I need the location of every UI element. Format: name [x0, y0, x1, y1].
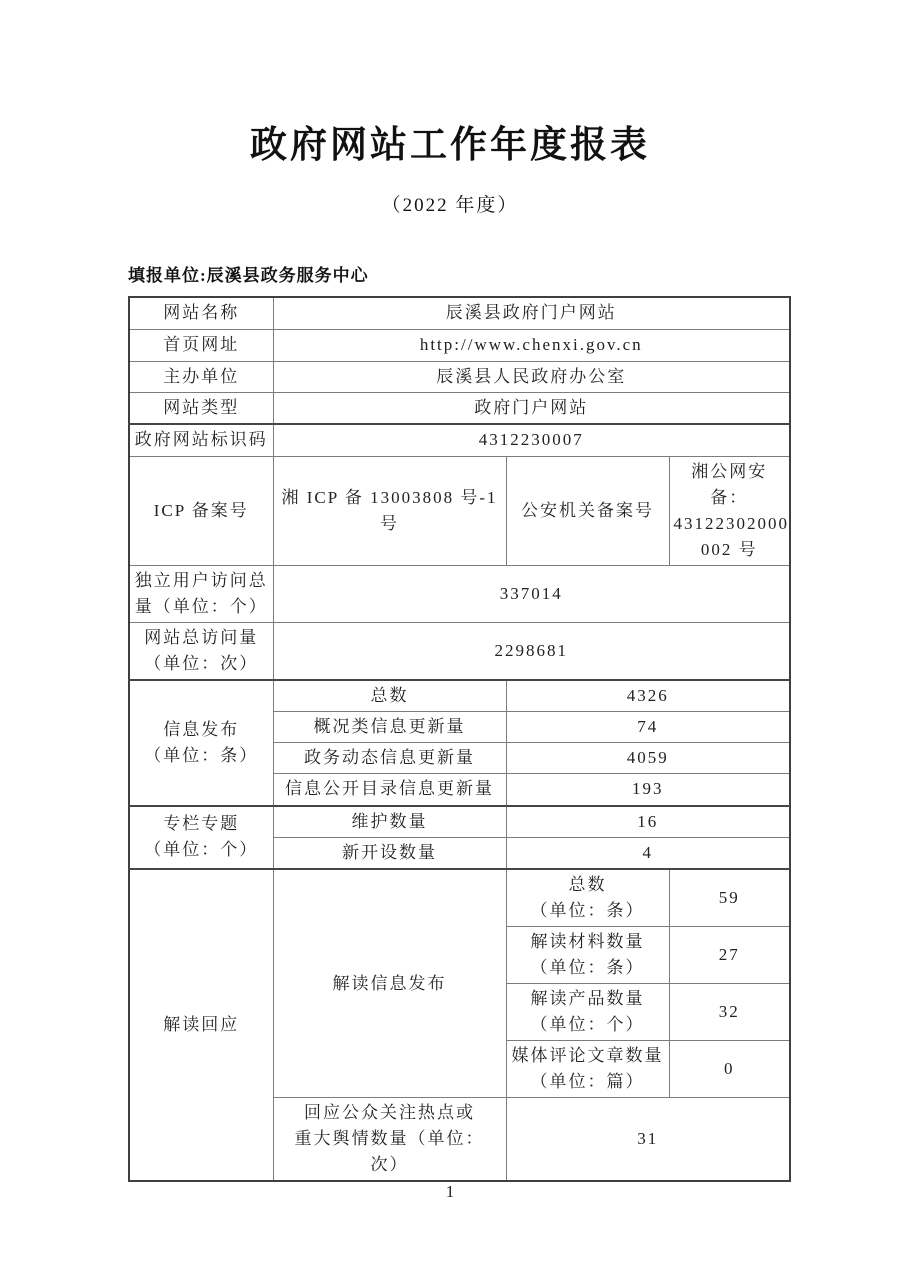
page-title: 政府网站工作年度报表	[0, 114, 900, 168]
total-visits-label: 网站总访问量 （单位：次）	[129, 623, 273, 681]
interpret-response-section-label: 解读回应	[129, 869, 273, 1181]
gov-news-update-label: 政务动态信息更新量	[273, 743, 506, 774]
maintained-count-value: 16	[506, 806, 790, 838]
total-visits-value: 2298681	[273, 623, 790, 681]
annual-report-table: 网站名称 辰溪县政府门户网站 首页网址 http://www.chenxi.go…	[128, 296, 791, 1182]
site-name-value: 辰溪县政府门户网站	[273, 297, 790, 329]
disclosure-update-value: 193	[506, 774, 790, 806]
table-row: 信息发布 （单位：条） 总数 4326	[129, 680, 790, 712]
table-row: 网站总访问量 （单位：次） 2298681	[129, 623, 790, 681]
police-record-label: 公安机关备案号	[506, 457, 669, 566]
site-type-value: 政府门户网站	[273, 392, 790, 424]
unique-visitors-label: 独立用户访问总 量（单位：个）	[129, 566, 273, 623]
homepage-url-value: http://www.chenxi.gov.cn	[273, 329, 790, 361]
special-column-section-label: 专栏专题 （单位：个）	[129, 806, 273, 870]
media-comment-value: 0	[669, 1041, 790, 1098]
reporting-unit-label: 填报单位:辰溪县政务服务中心	[128, 261, 369, 286]
media-comment-label: 媒体评论文章数量 （单位：篇）	[506, 1041, 669, 1098]
table-row: 解读回应 解读信息发布 总数 （单位：条） 59	[129, 869, 790, 927]
interpret-product-value: 32	[669, 984, 790, 1041]
info-total-label: 总数	[273, 680, 506, 712]
interpret-publish-label: 解读信息发布	[273, 869, 506, 1098]
host-unit-label: 主办单位	[129, 361, 273, 392]
police-record-value: 湘公网安 备： 43122302000 002 号	[669, 457, 790, 566]
page-subtitle: （2022 年度）	[0, 190, 900, 217]
site-id-code-value: 4312230007	[273, 424, 790, 457]
icp-label: ICP 备案号	[129, 457, 273, 566]
table-row: 政府网站标识码 4312230007	[129, 424, 790, 457]
overview-update-label: 概况类信息更新量	[273, 712, 506, 743]
new-column-count-label: 新开设数量	[273, 838, 506, 870]
table-row: 独立用户访问总 量（单位：个） 337014	[129, 566, 790, 623]
page-number: 1	[0, 1182, 900, 1202]
host-unit-value: 辰溪县人民政府办公室	[273, 361, 790, 392]
new-column-count-value: 4	[506, 838, 790, 870]
homepage-url-label: 首页网址	[129, 329, 273, 361]
table-row: ICP 备案号 湘 ICP 备 13003808 号-1 号 公安机关备案号 湘…	[129, 457, 790, 566]
table-row: 首页网址 http://www.chenxi.gov.cn	[129, 329, 790, 361]
maintained-count-label: 维护数量	[273, 806, 506, 838]
gov-news-update-value: 4059	[506, 743, 790, 774]
table-row: 网站类型 政府门户网站	[129, 392, 790, 424]
interpret-material-label: 解读材料数量 （单位：条）	[506, 927, 669, 984]
hotspot-response-label: 回应公众关注热点或 重大舆情数量（单位： 次）	[273, 1098, 506, 1182]
interpret-product-label: 解读产品数量 （单位：个）	[506, 984, 669, 1041]
site-id-code-label: 政府网站标识码	[129, 424, 273, 457]
icp-value: 湘 ICP 备 13003808 号-1 号	[273, 457, 506, 566]
overview-update-value: 74	[506, 712, 790, 743]
table-row: 专栏专题 （单位：个） 维护数量 16	[129, 806, 790, 838]
unique-visitors-value: 337014	[273, 566, 790, 623]
table-row: 主办单位 辰溪县人民政府办公室	[129, 361, 790, 392]
disclosure-update-label: 信息公开目录信息更新量	[273, 774, 506, 806]
info-publish-section-label: 信息发布 （单位：条）	[129, 680, 273, 806]
info-total-value: 4326	[506, 680, 790, 712]
interpret-material-value: 27	[669, 927, 790, 984]
interpret-total-label: 总数 （单位：条）	[506, 869, 669, 927]
report-page: 政府网站工作年度报表 （2022 年度） 填报单位:辰溪县政务服务中心 网站名称…	[0, 0, 900, 1272]
hotspot-response-value: 31	[506, 1098, 790, 1182]
site-type-label: 网站类型	[129, 392, 273, 424]
table-row: 网站名称 辰溪县政府门户网站	[129, 297, 790, 329]
interpret-total-value: 59	[669, 869, 790, 927]
site-name-label: 网站名称	[129, 297, 273, 329]
